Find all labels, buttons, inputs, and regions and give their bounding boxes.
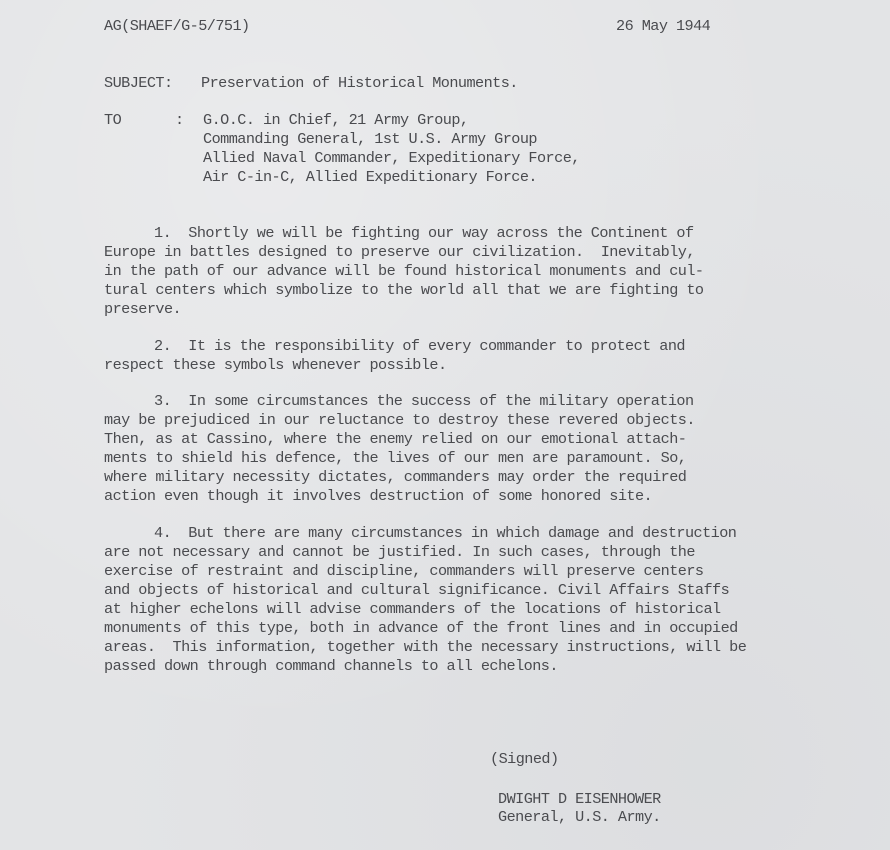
paragraph-line: 1. Shortly we will be fighting our way a… bbox=[104, 224, 844, 243]
addressee: Commanding General, 1st U.S. Army Group bbox=[203, 130, 580, 149]
to-colon: : bbox=[175, 111, 184, 130]
paragraph-line: ments to shield his defence, the lives o… bbox=[104, 449, 844, 468]
paragraph-line: are not necessary and cannot be justifie… bbox=[104, 543, 844, 562]
paragraph-1: 1. Shortly we will be fighting our way a… bbox=[104, 224, 844, 319]
paragraph-line: at higher echelons will advise commander… bbox=[104, 600, 844, 619]
to-label: TO bbox=[104, 111, 121, 130]
paragraph-line: respect these symbols whenever possible. bbox=[104, 356, 844, 375]
paragraph-line: tural centers which symbolize to the wor… bbox=[104, 281, 844, 300]
addressee: Allied Naval Commander, Expeditionary Fo… bbox=[203, 149, 580, 168]
paragraph-3: 3. In some circumstances the success of … bbox=[104, 392, 844, 506]
signatory-name: DWIGHT D EISENHOWER bbox=[498, 790, 661, 809]
paragraph-line: exercise of restraint and discipline, co… bbox=[104, 562, 844, 581]
subject-label: SUBJECT: bbox=[104, 74, 173, 93]
paragraph-line: may be prejudiced in our reluctance to d… bbox=[104, 411, 844, 430]
paragraph-line: preserve. bbox=[104, 300, 844, 319]
paragraph-line: and objects of historical and cultural s… bbox=[104, 581, 844, 600]
paragraph-line: in the path of our advance will be found… bbox=[104, 262, 844, 281]
paragraph-line: action even though it involves destructi… bbox=[104, 487, 844, 506]
addressee: G.O.C. in Chief, 21 Army Group, bbox=[203, 111, 580, 130]
paragraph-line: 2. It is the responsibility of every com… bbox=[104, 337, 844, 356]
document-page: AG(SHAEF/G-5/751) 26 May 1944 SUBJECT: P… bbox=[0, 0, 890, 850]
paragraph-line: Europe in battles designed to preserve o… bbox=[104, 243, 844, 262]
subject-text: Preservation of Historical Monuments. bbox=[201, 74, 518, 93]
paragraph-line: areas. This information, together with t… bbox=[104, 638, 844, 657]
addressee-list: G.O.C. in Chief, 21 Army Group, Commandi… bbox=[203, 111, 580, 187]
signed-label: (Signed) bbox=[490, 750, 559, 769]
paragraph-line: 3. In some circumstances the success of … bbox=[104, 392, 844, 411]
paragraph-line: 4. But there are many circumstances in w… bbox=[104, 524, 844, 543]
paragraph-2: 2. It is the responsibility of every com… bbox=[104, 337, 844, 375]
paragraph-line: passed down through command channels to … bbox=[104, 657, 844, 676]
paragraph-line: where military necessity dictates, comma… bbox=[104, 468, 844, 487]
document-date: 26 May 1944 bbox=[616, 17, 710, 36]
paragraph-4: 4. But there are many circumstances in w… bbox=[104, 524, 844, 676]
signatory-title: General, U.S. Army. bbox=[498, 808, 661, 827]
addressee: Air C-in-C, Allied Expeditionary Force. bbox=[203, 168, 580, 187]
paragraph-line: Then, as at Cassino, where the enemy rel… bbox=[104, 430, 844, 449]
reference-number: AG(SHAEF/G-5/751) bbox=[104, 17, 250, 36]
paragraph-line: monuments of this type, both in advance … bbox=[104, 619, 844, 638]
